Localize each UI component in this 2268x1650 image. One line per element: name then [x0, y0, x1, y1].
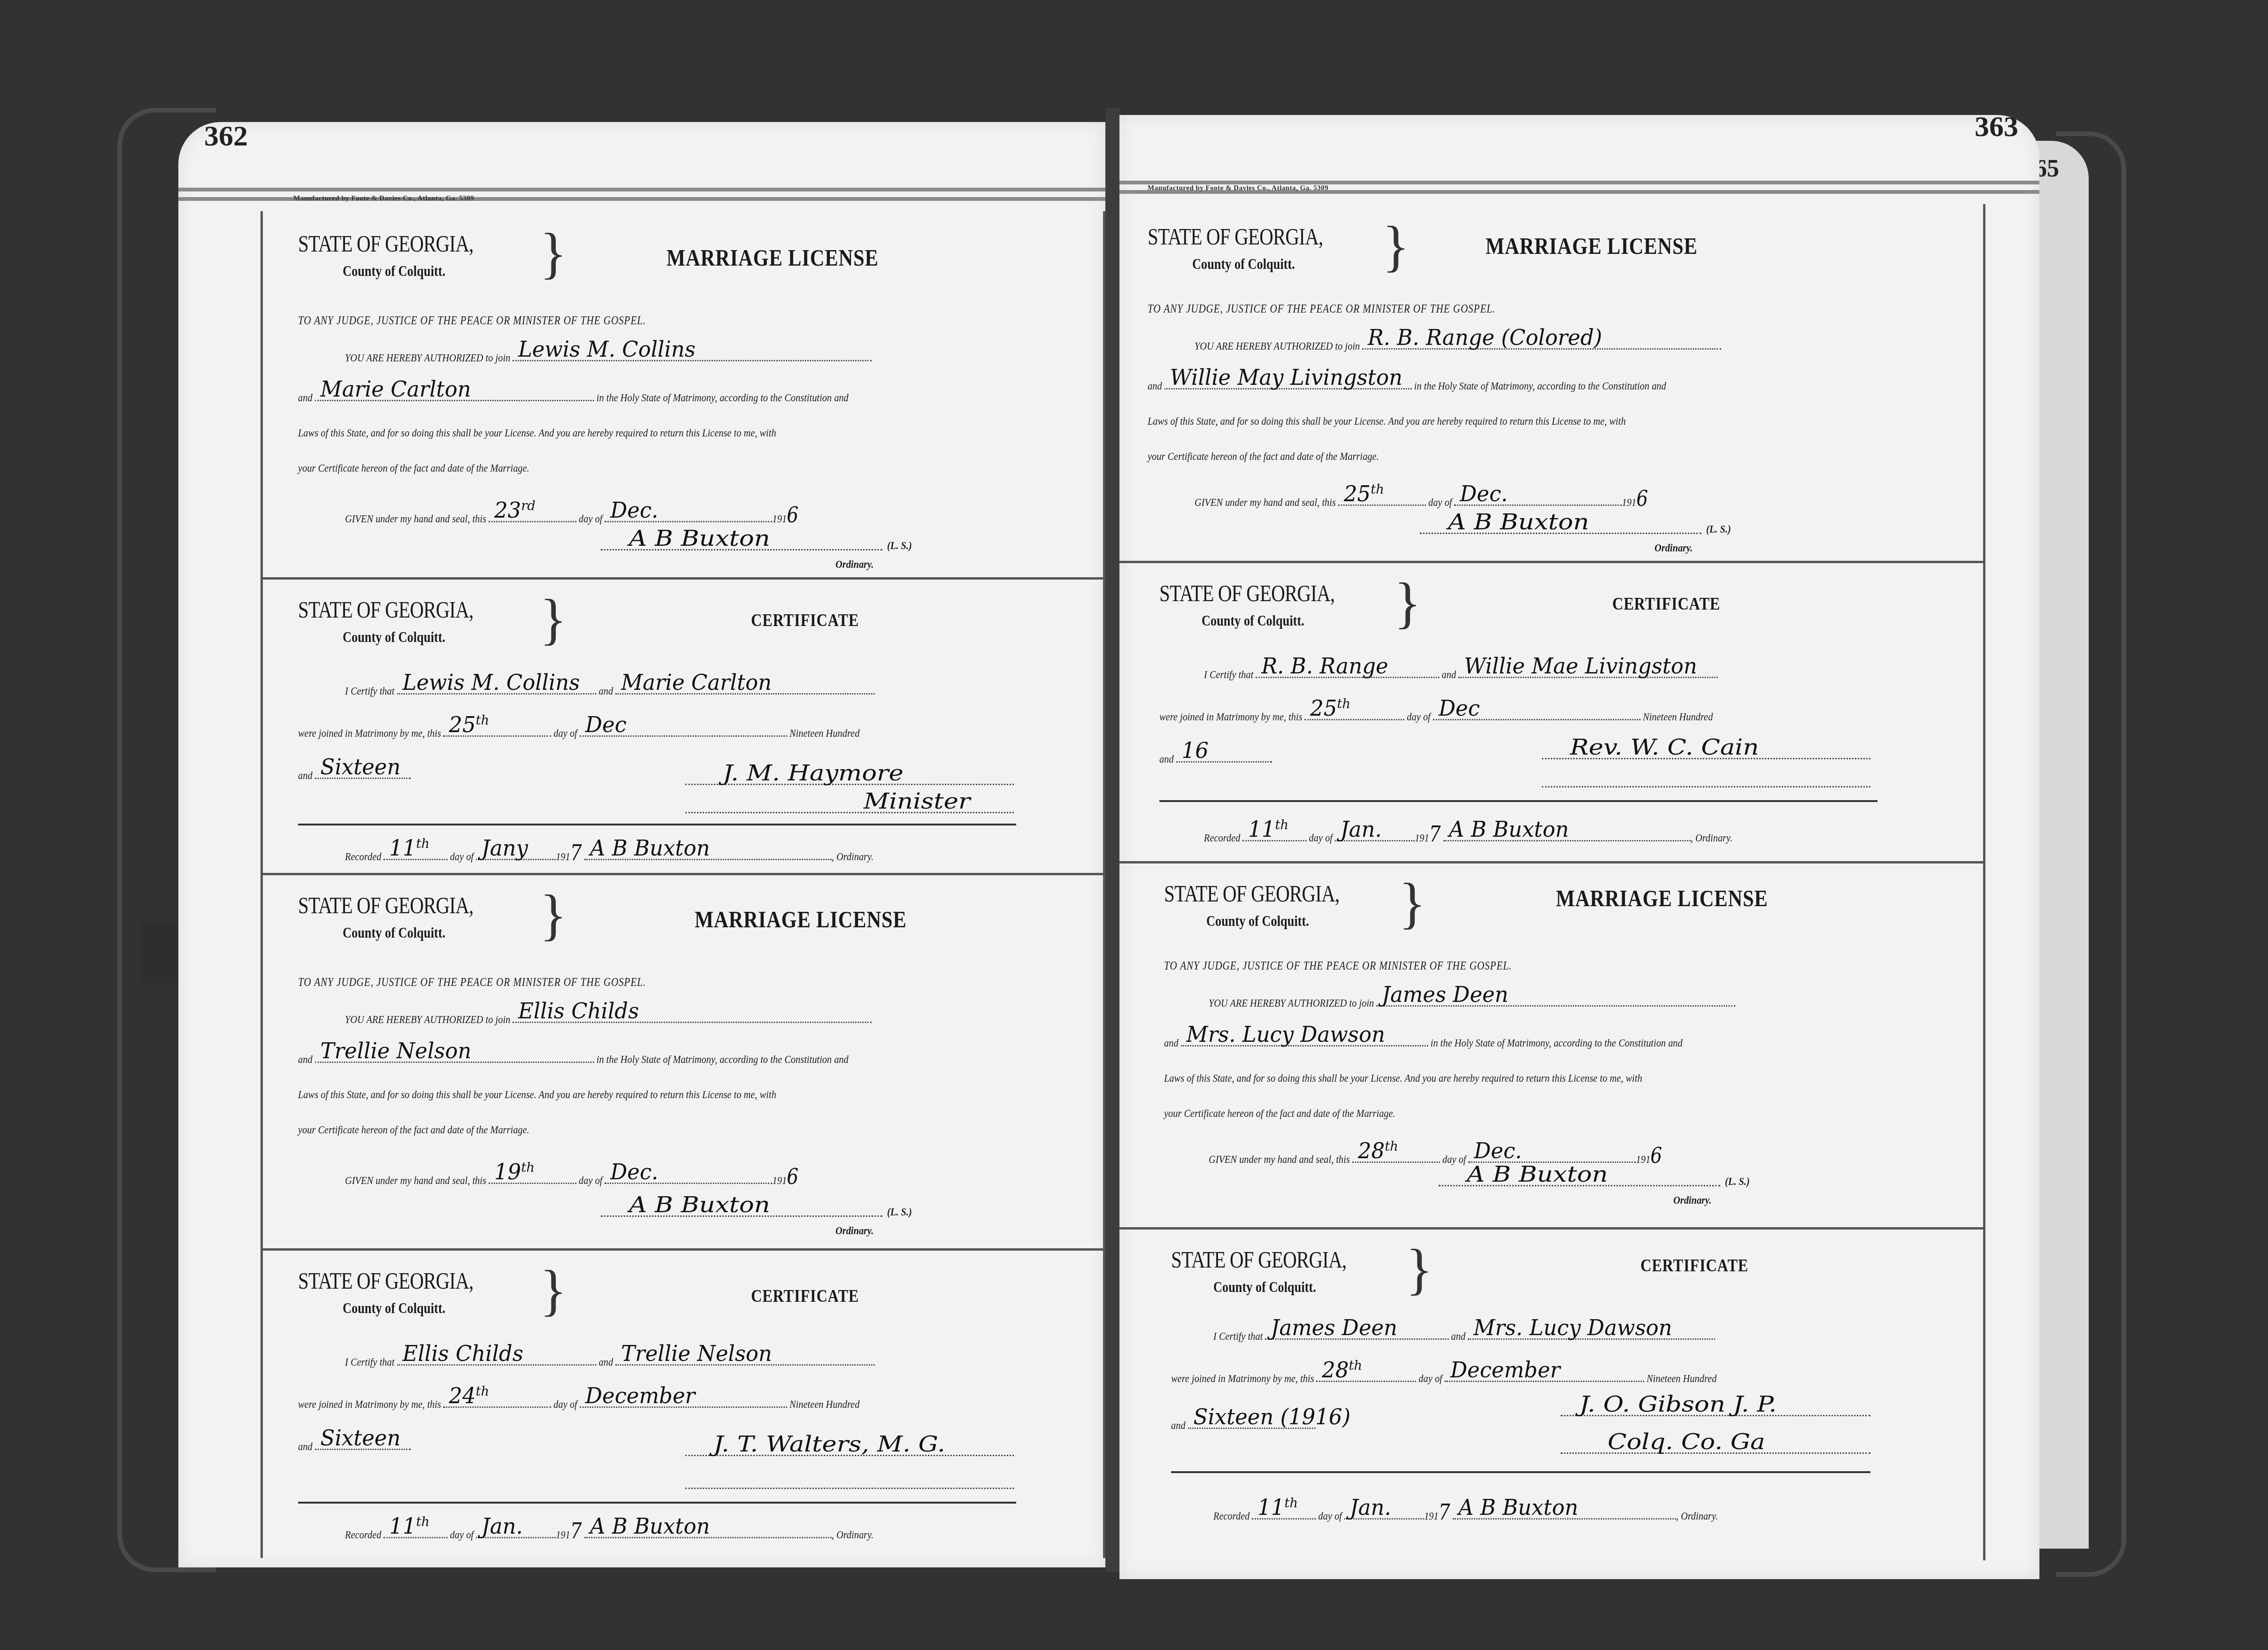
- ordinary-signature-line: A B Buxton: [601, 549, 882, 550]
- marriage-license-deen: STATE OF GEORGIA, } County of Colquitt. …: [1119, 861, 1983, 1230]
- county-heading: County of Colquitt.: [343, 263, 445, 280]
- certificate-childs: STATE OF GEORGIA, } County of Colquitt. …: [263, 1248, 1103, 1553]
- certificate-title: CERTIFICATE: [751, 610, 859, 631]
- bride-line: and Marie Carlton in the Holy State of M…: [298, 392, 849, 405]
- underlying-page: 65: [2032, 141, 2089, 1549]
- authorized-line: YOU ARE HEREBY AUTHORIZED to join Lewis …: [345, 352, 872, 365]
- officiant: J. M. Haymore: [723, 760, 904, 786]
- brace: }: [540, 230, 567, 277]
- given-line: GIVEN under my hand and seal, this 23rd …: [345, 502, 798, 527]
- license-title: MARRIAGE LICENSE: [667, 244, 879, 271]
- certificate-deen: STATE OF GEORGIA, } County of Colquitt. …: [1119, 1227, 1983, 1556]
- address-line: TO ANY JUDGE, JUSTICE OF THE PEACE OR MI…: [298, 314, 646, 328]
- license-month: Dec.: [611, 497, 659, 523]
- forms-frame-right: STATE OF GEORGIA, } County of Colquitt. …: [1119, 204, 1985, 1560]
- manufacturer-line: Manufactured by Foote & Davies Co., Atla…: [293, 195, 474, 203]
- left-page-number: 362: [204, 120, 248, 153]
- marriage-license-collins: STATE OF GEORGIA, } County of Colquitt. …: [263, 211, 1103, 580]
- marriage-license-range: STATE OF GEORGIA, } County of Colquitt. …: [1119, 204, 1983, 563]
- cert-groom: Lewis M. Collins: [402, 670, 580, 695]
- recorded-line: Recorded 11th day of Jany1917 A B Buxton…: [345, 840, 873, 865]
- state-heading: STATE OF GEORGIA,: [298, 230, 473, 257]
- license-day: 23: [494, 497, 521, 523]
- groom-name: Lewis M. Collins: [518, 336, 696, 362]
- ordinary-signature: A B Buxton: [629, 526, 770, 551]
- right-page-number: 363: [1975, 110, 2018, 144]
- certificate-collins: STATE OF GEORGIA, } County of Colquitt. …: [263, 577, 1103, 875]
- certificate-range: STATE OF GEORGIA, } County of Colquitt. …: [1119, 561, 1983, 863]
- book-spine: [1105, 108, 1120, 1572]
- marriage-license-childs: STATE OF GEORGIA, } County of Colquitt. …: [263, 873, 1103, 1251]
- cert-bride: Marie Carlton: [621, 670, 772, 695]
- bride-name: Marie Carlton: [321, 376, 471, 402]
- forms-frame: STATE OF GEORGIA, } County of Colquitt. …: [261, 211, 1105, 1558]
- left-page: 362 Manufactured by Foote & Davies Co., …: [178, 122, 1105, 1567]
- right-page: 363 Manufactured by Foote & Davies Co., …: [1119, 115, 2039, 1579]
